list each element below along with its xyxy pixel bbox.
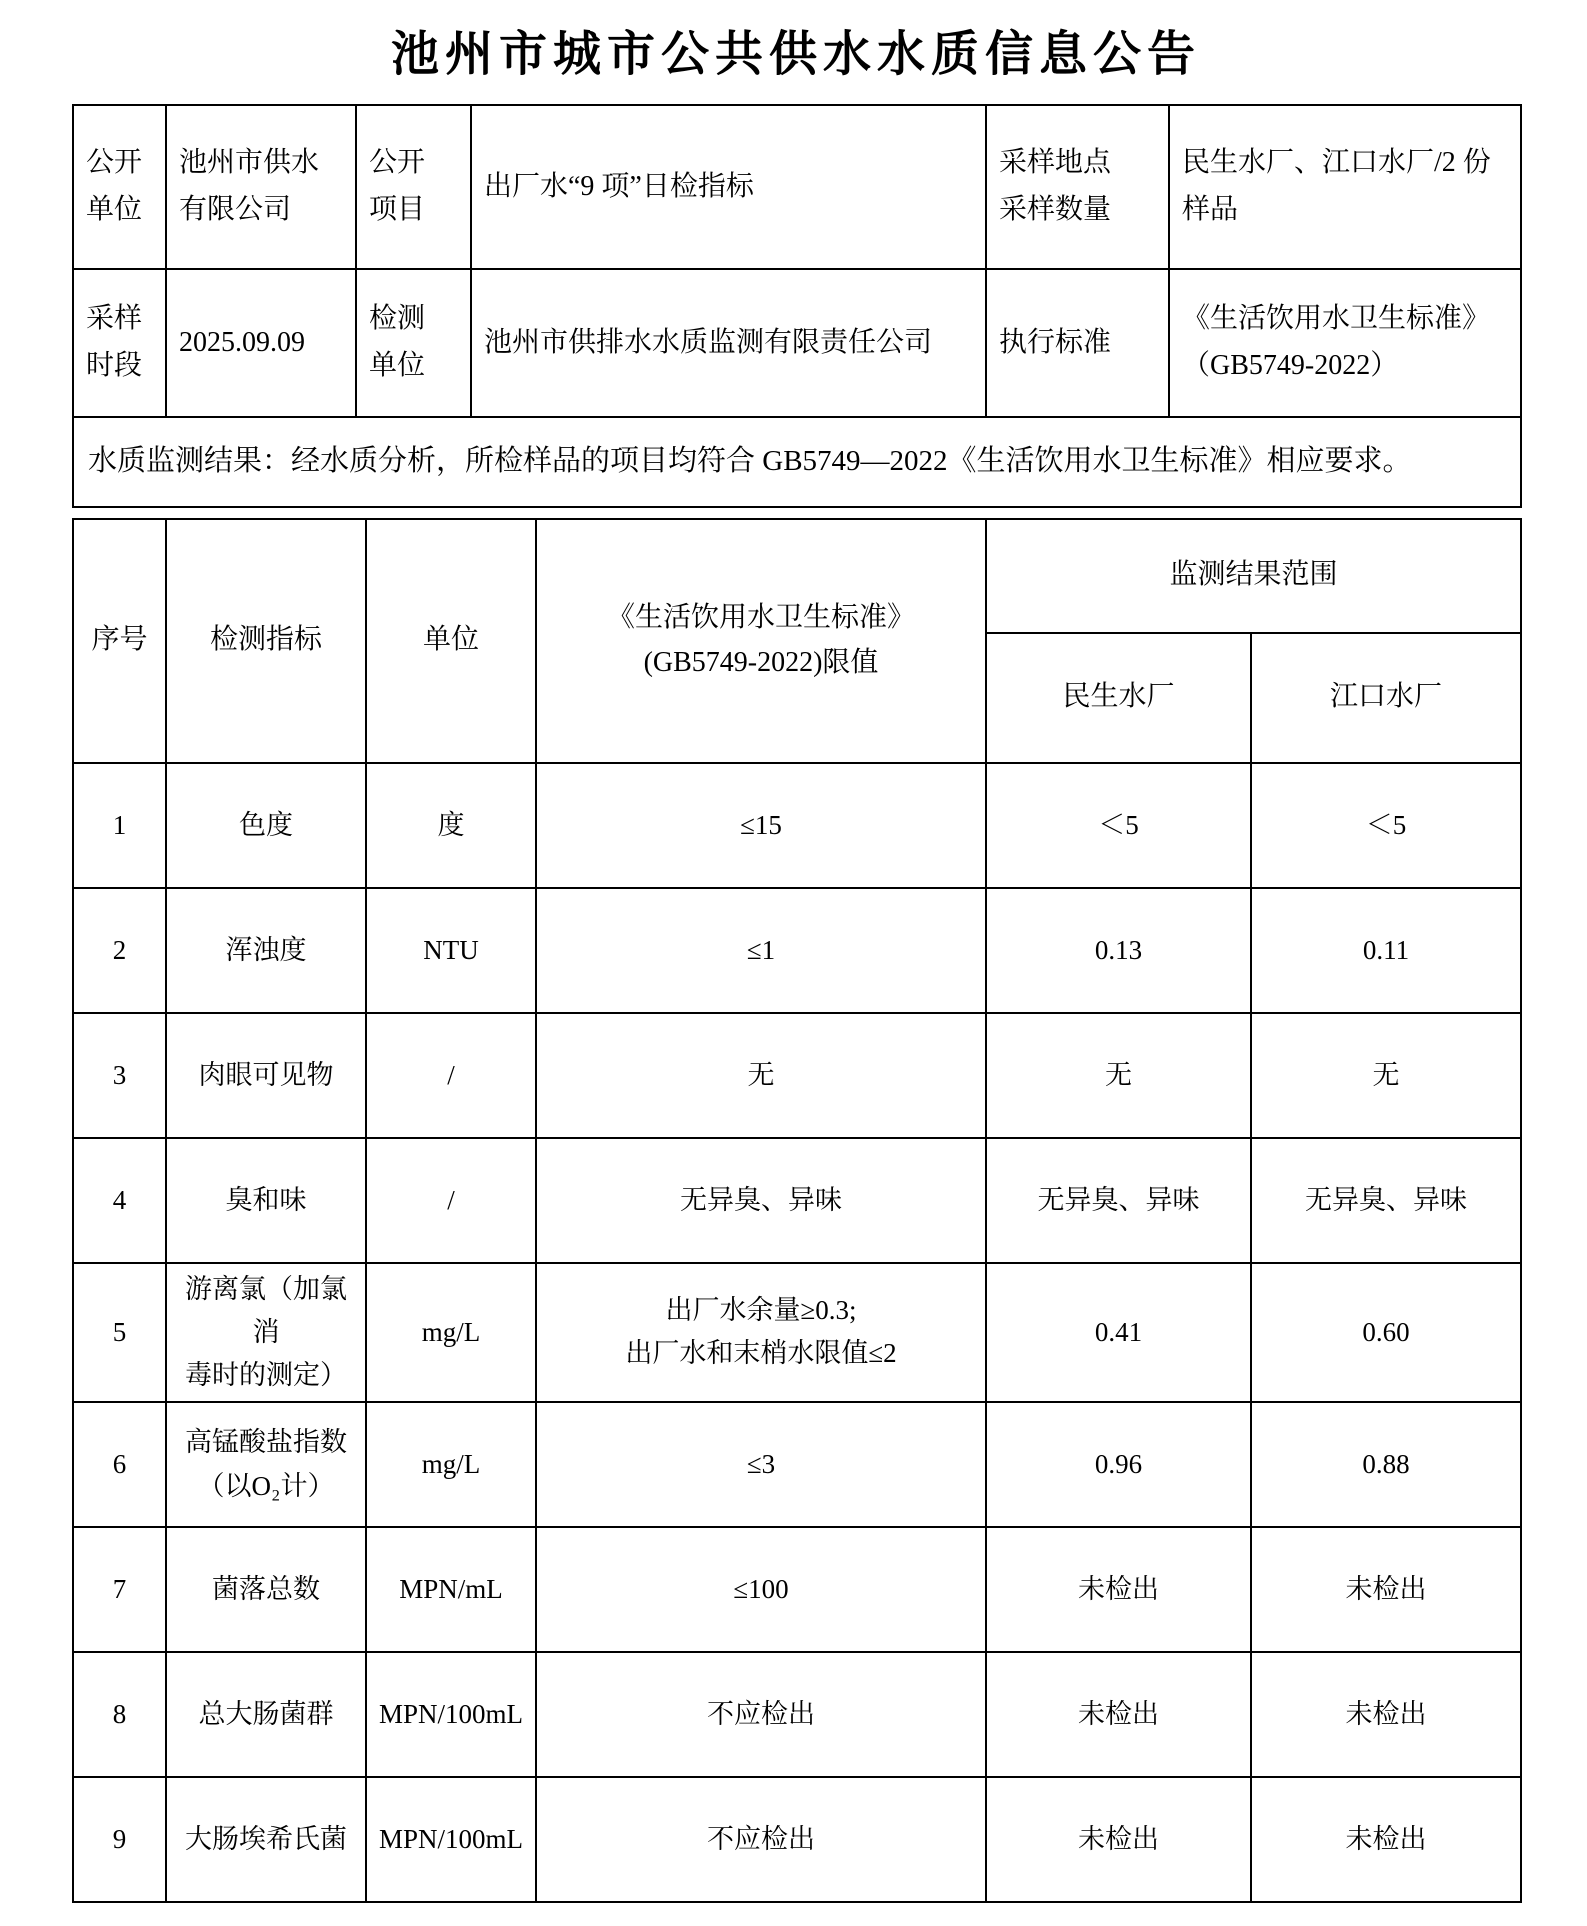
- cell-no: 6: [73, 1402, 166, 1527]
- cell-jiangkou: 未检出: [1251, 1527, 1521, 1652]
- cell-unit: MPN/100mL: [366, 1777, 536, 1902]
- cell-no: 5: [73, 1263, 166, 1403]
- cell-limit: 出厂水余量≥0.3; 出厂水和末梢水限值≤2: [536, 1263, 986, 1403]
- cell-indicator: 菌落总数: [166, 1527, 366, 1652]
- table-row: 6 高锰酸盐指数 （以O₂计） mg/L ≤3 0.96 0.88: [73, 1402, 1521, 1527]
- cell-limit: ≤1: [536, 888, 986, 1013]
- result-note-row: 水质监测结果：经水质分析，所检样品的项目均符合 GB5749—2022《生活饮用…: [73, 417, 1521, 507]
- label-testing-unit: 检测 单位: [356, 269, 471, 417]
- cell-minsheng: 未检出: [986, 1652, 1251, 1777]
- col-header-indicator: 检测指标: [166, 519, 366, 763]
- cell-unit: /: [366, 1138, 536, 1263]
- cell-indicator: 浑浊度: [166, 888, 366, 1013]
- cell-limit: 无异臭、异味: [536, 1138, 986, 1263]
- table-row: 5 游离氯（加氯消 毒时的测定） mg/L 出厂水余量≥0.3; 出厂水和末梢水…: [73, 1263, 1521, 1403]
- cell-no: 9: [73, 1777, 166, 1902]
- cell-minsheng: 0.13: [986, 888, 1251, 1013]
- cell-minsheng: ＜5: [986, 763, 1251, 888]
- result-note: 水质监测结果：经水质分析，所检样品的项目均符合 GB5749—2022《生活饮用…: [73, 417, 1521, 507]
- cell-jiangkou: 0.88: [1251, 1402, 1521, 1527]
- cell-no: 2: [73, 888, 166, 1013]
- page-title: 池州市城市公共供水水质信息公告: [72, 26, 1520, 84]
- cell-limit: ≤15: [536, 763, 986, 888]
- table-row: 1 色度 度 ≤15 ＜5 ＜5: [73, 763, 1521, 888]
- spacer: [72, 508, 1520, 518]
- results-header-top: 序号 检测指标 单位 《生活饮用水卫生标准》 (GB5749-2022)限值 监…: [73, 519, 1521, 633]
- cell-no: 8: [73, 1652, 166, 1777]
- value-standard: 《生活饮用水卫生标准》 （GB5749-2022）: [1169, 269, 1521, 417]
- cell-minsheng: 无: [986, 1013, 1251, 1138]
- col-header-unit: 单位: [366, 519, 536, 763]
- cell-unit: /: [366, 1013, 536, 1138]
- cell-no: 4: [73, 1138, 166, 1263]
- cell-jiangkou: 0.60: [1251, 1263, 1521, 1403]
- value-public-unit: 池州市供水 有限公司: [166, 105, 356, 269]
- table-row: 4 臭和味 / 无异臭、异味 无异臭、异味 无异臭、异味: [73, 1138, 1521, 1263]
- cell-indicator: 总大肠菌群: [166, 1652, 366, 1777]
- cell-indicator: 肉眼可见物: [166, 1013, 366, 1138]
- document-page: 池州市城市公共供水水质信息公告 公开 单位 池州市供水 有限公司 公开 项目 出…: [0, 0, 1587, 1926]
- cell-no: 1: [73, 763, 166, 888]
- table-row: 3 肉眼可见物 / 无 无 无: [73, 1013, 1521, 1138]
- col-header-plant-jiangkou: 江口水厂: [1251, 633, 1521, 763]
- label-public-item: 公开 项目: [356, 105, 471, 269]
- table-row: 8 总大肠菌群 MPN/100mL 不应检出 未检出 未检出: [73, 1652, 1521, 1777]
- cell-indicator: 臭和味: [166, 1138, 366, 1263]
- label-sampling-period: 采样 时段: [73, 269, 166, 417]
- info-row-1: 公开 单位 池州市供水 有限公司 公开 项目 出厂水“9 项”日检指标 采样地点…: [73, 105, 1521, 269]
- results-table: 序号 检测指标 单位 《生活饮用水卫生标准》 (GB5749-2022)限值 监…: [72, 518, 1522, 1904]
- table-row: 7 菌落总数 MPN/mL ≤100 未检出 未检出: [73, 1527, 1521, 1652]
- cell-limit: 不应检出: [536, 1777, 986, 1902]
- cell-indicator: 色度: [166, 763, 366, 888]
- value-sampling-site: 民生水厂、江口水厂/2 份 样品: [1169, 105, 1521, 269]
- cell-no: 3: [73, 1013, 166, 1138]
- cell-indicator: 大肠埃希氏菌: [166, 1777, 366, 1902]
- cell-minsheng: 无异臭、异味: [986, 1138, 1251, 1263]
- cell-unit: NTU: [366, 888, 536, 1013]
- cell-limit: 不应检出: [536, 1652, 986, 1777]
- cell-limit: ≤3: [536, 1402, 986, 1527]
- cell-limit: 无: [536, 1013, 986, 1138]
- col-header-plant-minsheng: 民生水厂: [986, 633, 1251, 763]
- cell-jiangkou: 0.11: [1251, 888, 1521, 1013]
- cell-minsheng: 0.41: [986, 1263, 1251, 1403]
- cell-unit: mg/L: [366, 1263, 536, 1403]
- value-sampling-period: 2025.09.09: [166, 269, 356, 417]
- cell-indicator: 游离氯（加氯消 毒时的测定）: [166, 1263, 366, 1403]
- cell-jiangkou: ＜5: [1251, 763, 1521, 888]
- cell-unit: MPN/mL: [366, 1527, 536, 1652]
- cell-jiangkou: 未检出: [1251, 1777, 1521, 1902]
- cell-jiangkou: 无异臭、异味: [1251, 1138, 1521, 1263]
- label-public-unit: 公开 单位: [73, 105, 166, 269]
- info-table: 公开 单位 池州市供水 有限公司 公开 项目 出厂水“9 项”日检指标 采样地点…: [72, 104, 1522, 508]
- cell-unit: mg/L: [366, 1402, 536, 1527]
- cell-jiangkou: 无: [1251, 1013, 1521, 1138]
- cell-no: 7: [73, 1527, 166, 1652]
- cell-minsheng: 0.96: [986, 1402, 1251, 1527]
- cell-unit: 度: [366, 763, 536, 888]
- cell-minsheng: 未检出: [986, 1777, 1251, 1902]
- col-header-limit: 《生活饮用水卫生标准》 (GB5749-2022)限值: [536, 519, 986, 763]
- value-testing-unit: 池州市供排水水质监测有限责任公司: [471, 269, 986, 417]
- cell-minsheng: 未检出: [986, 1527, 1251, 1652]
- label-standard: 执行标准: [986, 269, 1169, 417]
- col-header-result-range: 监测结果范围: [986, 519, 1521, 633]
- cell-limit: ≤100: [536, 1527, 986, 1652]
- cell-unit: MPN/100mL: [366, 1652, 536, 1777]
- table-row: 2 浑浊度 NTU ≤1 0.13 0.11: [73, 888, 1521, 1013]
- col-header-no: 序号: [73, 519, 166, 763]
- table-row: 9 大肠埃希氏菌 MPN/100mL 不应检出 未检出 未检出: [73, 1777, 1521, 1902]
- value-public-item: 出厂水“9 项”日检指标: [471, 105, 986, 269]
- label-sampling-site: 采样地点 采样数量: [986, 105, 1169, 269]
- cell-jiangkou: 未检出: [1251, 1652, 1521, 1777]
- info-row-2: 采样 时段 2025.09.09 检测 单位 池州市供排水水质监测有限责任公司 …: [73, 269, 1521, 417]
- cell-indicator: 高锰酸盐指数 （以O₂计）: [166, 1402, 366, 1527]
